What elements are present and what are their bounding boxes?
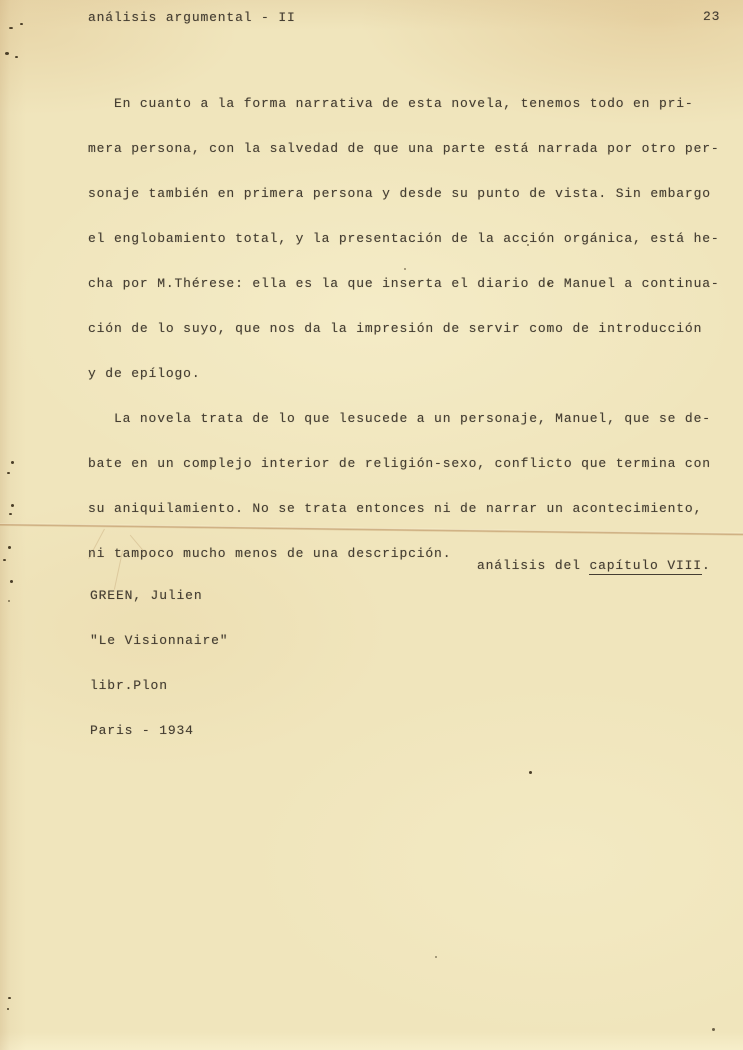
citation-place-year: Paris - 1934 (90, 723, 228, 738)
paper-speck (5, 52, 9, 55)
paper-speck (8, 997, 11, 999)
paper-speck (529, 771, 532, 774)
text-line: sonaje también en primera persona y desd… (88, 186, 720, 201)
paper-speck (712, 1028, 715, 1031)
paper-speck (8, 600, 10, 602)
chapter-annotation-suffix: . (702, 558, 711, 573)
text-line: y de epílogo. (88, 366, 720, 381)
citation-work-title: "Le Visionnaire" (90, 633, 228, 648)
paper-speck (527, 244, 529, 246)
paper-speck (435, 956, 437, 958)
citation-publisher: libr.Plon (90, 678, 228, 693)
paper-speck (15, 56, 18, 58)
body-text-block: En cuanto a la forma narrativa de esta n… (88, 66, 720, 591)
text-line: bate en un complejo interior de religión… (88, 456, 720, 471)
text-line: La novela trata de lo que lesucede a un … (88, 411, 720, 426)
text-line: mera persona, con la salvedad de que una… (88, 141, 720, 156)
text-line: cha por M.Thérese: ella es la que insert… (88, 276, 720, 291)
paper-speck (9, 27, 13, 29)
paper-speck (8, 546, 11, 549)
paper-speck (11, 504, 14, 507)
paper-speck (547, 283, 550, 285)
chapter-annotation-underlined: capítulo VIII (589, 558, 701, 575)
text-line: ción de lo suyo, que nos da la impresión… (88, 321, 720, 336)
chapter-annotation: análisis del capítulo VIII. (477, 558, 711, 573)
paper-speck (404, 268, 406, 270)
chapter-annotation-prefix: análisis del (477, 558, 589, 573)
text-line: el englobamiento total, y la presentació… (88, 231, 720, 246)
paper-speck (7, 472, 10, 474)
paper-speck (9, 513, 12, 515)
citation-block: GREEN, Julien "Le Visionnaire" libr.Plon… (90, 558, 228, 768)
document-page: análisis argumental - II 23 En cuanto a … (0, 0, 743, 1050)
text-line: En cuanto a la forma narrativa de esta n… (88, 96, 720, 111)
page-number: 23 (703, 9, 720, 24)
paper-speck (10, 580, 13, 583)
paper-speck (20, 23, 23, 25)
paper-speck (3, 559, 6, 561)
text-line: su aniquilamiento. No se trata entonces … (88, 501, 720, 516)
paper-speck (11, 461, 14, 464)
citation-author: GREEN, Julien (90, 588, 228, 603)
paper-speck (7, 1008, 9, 1010)
running-header-title: análisis argumental - II (88, 10, 296, 25)
